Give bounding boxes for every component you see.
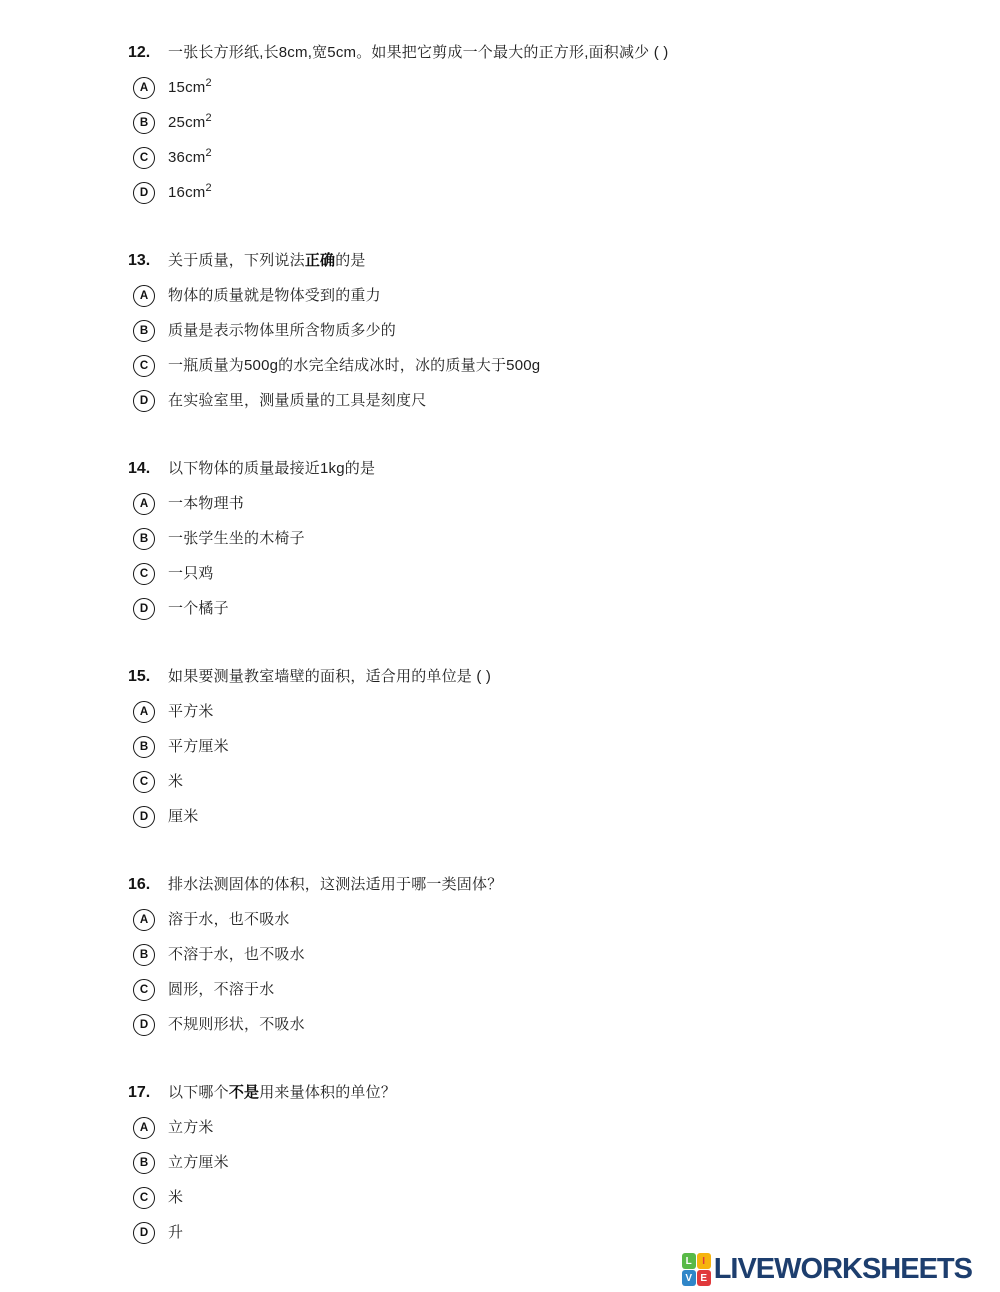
option-C[interactable]: C米 [128, 1186, 960, 1210]
question-prompt: 一张长方形纸,长8cm,宽5cm。如果把它剪成一个最大的正方形,面积减少 ( ) [168, 42, 669, 63]
option-C[interactable]: C一瓶质量为500g的水完全结成冰时，冰的质量大于500g [128, 354, 960, 378]
question-header: 16.排水法测固体的体积，这测法适用于哪一类固体？ [128, 874, 960, 895]
option-letter-circle[interactable]: C [133, 355, 155, 377]
option-letter-circle[interactable]: B [133, 320, 155, 342]
option-A[interactable]: A平方米 [128, 700, 960, 724]
option-text-superscript: 2 [205, 147, 211, 159]
question-prompt-segment: 关于质量，下列说法 [168, 252, 305, 269]
option-letter-circle[interactable]: C [133, 979, 155, 1001]
option-text: 升 [168, 1222, 183, 1244]
option-B[interactable]: B质量是表示物体里所含物质多少的 [128, 319, 960, 343]
option-letter-circle[interactable]: D [133, 806, 155, 828]
option-text: 立方厘米 [168, 1152, 229, 1174]
option-text-segment: 不规则形状，不吸水 [168, 1016, 305, 1033]
option-letter-circle[interactable]: D [133, 390, 155, 412]
option-B[interactable]: B立方厘米 [128, 1151, 960, 1175]
option-letter-circle[interactable]: A [133, 77, 155, 99]
option-letter-circle[interactable]: B [133, 112, 155, 134]
option-text-segment: 质量是表示物体里所含物质多少的 [168, 322, 396, 339]
option-text: 立方米 [168, 1117, 214, 1139]
option-text-segment: 平方厘米 [168, 738, 229, 755]
option-text: 一只鸡 [168, 563, 214, 585]
option-text: 36cm2 [168, 147, 212, 169]
option-text-segment: 平方米 [168, 703, 214, 720]
option-text-segment: 圆形，不溶于水 [168, 981, 274, 998]
option-text: 米 [168, 771, 183, 793]
question-number: 12. [128, 42, 168, 63]
question-number: 16. [128, 874, 168, 895]
option-D[interactable]: D厘米 [128, 805, 960, 829]
option-text-segment: 一本物理书 [168, 495, 244, 512]
question-number: 14. [128, 458, 168, 479]
option-letter-circle[interactable]: B [133, 944, 155, 966]
option-text-segment: 16cm [168, 184, 205, 201]
question-prompt: 排水法测固体的体积，这测法适用于哪一类固体？ [168, 874, 502, 895]
question-prompt: 如果要测量教室墙壁的面积，适合用的单位是 ( ) [168, 666, 491, 687]
option-text-segment: 不溶于水，也不吸水 [168, 946, 305, 963]
question-header: 15.如果要测量教室墙壁的面积，适合用的单位是 ( ) [128, 666, 960, 687]
option-text: 在实验室里，测量质量的工具是刻度尺 [168, 390, 426, 412]
option-text-segment: 立方厘米 [168, 1154, 229, 1171]
question-prompt-segment: 以下物体的质量最接近1kg的是 [168, 460, 375, 477]
question-header: 14.以下物体的质量最接近1kg的是 [128, 458, 960, 479]
question-list: 12.一张长方形纸,长8cm,宽5cm。如果把它剪成一个最大的正方形,面积减少 … [128, 42, 960, 1290]
option-text-superscript: 2 [205, 77, 211, 89]
worksheet-page: 12.一张长方形纸,长8cm,宽5cm。如果把它剪成一个最大的正方形,面积减少 … [0, 0, 1000, 1292]
option-text: 圆形，不溶于水 [168, 979, 274, 1001]
option-text: 不规则形状，不吸水 [168, 1014, 305, 1036]
question-15: 15.如果要测量教室墙壁的面积，适合用的单位是 ( )A平方米B平方厘米C米D厘… [128, 666, 960, 829]
option-text-segment: 在实验室里，测量质量的工具是刻度尺 [168, 392, 426, 409]
option-B[interactable]: B平方厘米 [128, 735, 960, 759]
option-text-segment: 25cm [168, 114, 205, 131]
option-text-superscript: 2 [205, 112, 211, 124]
option-text-segment: 立方米 [168, 1119, 214, 1136]
option-D[interactable]: D16cm2 [128, 181, 960, 205]
liveworksheets-logo-icon: LIVE [682, 1253, 711, 1286]
liveworksheets-brand-text: LIVEWORKSHEETS [714, 1253, 972, 1286]
option-letter-circle[interactable]: C [133, 563, 155, 585]
question-number: 13. [128, 250, 168, 271]
option-text: 物体的质量就是物体受到的重力 [168, 285, 381, 307]
option-A[interactable]: A物体的质量就是物体受到的重力 [128, 284, 960, 308]
option-text-segment: 36cm [168, 149, 205, 166]
question-12: 12.一张长方形纸,长8cm,宽5cm。如果把它剪成一个最大的正方形,面积减少 … [128, 42, 960, 205]
question-number: 17. [128, 1082, 168, 1103]
logo-square-e: E [697, 1270, 711, 1286]
option-C[interactable]: C一只鸡 [128, 562, 960, 586]
option-letter-circle[interactable]: A [133, 493, 155, 515]
question-prompt-segment: 的是 [335, 252, 365, 269]
option-text-segment: 物体的质量就是物体受到的重力 [168, 287, 381, 304]
option-text-segment: 米 [168, 773, 183, 790]
question-header: 13.关于质量，下列说法正确的是 [128, 250, 960, 271]
question-prompt-bold-segment: 正确 [305, 252, 335, 269]
option-letter-circle[interactable]: D [133, 182, 155, 204]
logo-square-l: L [682, 1253, 696, 1269]
option-text-segment: 厘米 [168, 808, 198, 825]
question-header: 12.一张长方形纸,长8cm,宽5cm。如果把它剪成一个最大的正方形,面积减少 … [128, 42, 960, 63]
option-C[interactable]: C米 [128, 770, 960, 794]
option-text: 15cm2 [168, 77, 212, 99]
option-text: 不溶于水，也不吸水 [168, 944, 305, 966]
option-C[interactable]: C36cm2 [128, 146, 960, 170]
question-prompt-segment: 用来量体积的单位？ [259, 1084, 396, 1101]
option-B[interactable]: B25cm2 [128, 111, 960, 135]
question-header: 17.以下哪个不是用来量体积的单位？ [128, 1082, 960, 1103]
option-B[interactable]: B一张学生坐的木椅子 [128, 527, 960, 551]
option-text: 一本物理书 [168, 493, 244, 515]
option-text: 一瓶质量为500g的水完全结成冰时，冰的质量大于500g [168, 355, 540, 377]
option-text-segment: 溶于水，也不吸水 [168, 911, 290, 928]
question-prompt-segment: 以下哪个 [168, 1084, 229, 1101]
question-16: 16.排水法测固体的体积，这测法适用于哪一类固体？A溶于水，也不吸水B不溶于水，… [128, 874, 960, 1037]
option-D[interactable]: D一个橘子 [128, 597, 960, 621]
option-B[interactable]: B不溶于水，也不吸水 [128, 943, 960, 967]
option-A[interactable]: A15cm2 [128, 76, 960, 100]
option-text: 一张学生坐的木椅子 [168, 528, 305, 550]
option-letter-circle[interactable]: A [133, 285, 155, 307]
option-text: 平方厘米 [168, 736, 229, 758]
option-letter-circle[interactable]: B [133, 736, 155, 758]
option-text-segment: 一只鸡 [168, 565, 214, 582]
option-text: 溶于水，也不吸水 [168, 909, 290, 931]
option-text-segment: 一个橘子 [168, 600, 229, 617]
option-letter-circle[interactable]: D [133, 598, 155, 620]
option-A[interactable]: A一本物理书 [128, 492, 960, 516]
option-letter-circle[interactable]: C [133, 147, 155, 169]
option-text-segment: 升 [168, 1224, 183, 1241]
option-A[interactable]: A溶于水，也不吸水 [128, 908, 960, 932]
option-text-segment: 米 [168, 1189, 183, 1206]
option-text-segment: 一瓶质量为500g的水完全结成冰时，冰的质量大于500g [168, 357, 540, 374]
question-prompt-segment: 如果要测量教室墙壁的面积，适合用的单位是 ( ) [168, 668, 491, 685]
option-A[interactable]: A立方米 [128, 1116, 960, 1140]
question-prompt: 以下哪个不是用来量体积的单位？ [168, 1082, 396, 1103]
question-prompt-segment: 一张长方形纸,长8cm,宽5cm。如果把它剪成一个最大的正方形,面积减少 ( ) [168, 44, 669, 61]
option-D[interactable]: D在实验室里，测量质量的工具是刻度尺 [128, 389, 960, 413]
option-letter-circle[interactable]: C [133, 1187, 155, 1209]
option-letter-circle[interactable]: A [133, 701, 155, 723]
option-text: 16cm2 [168, 182, 212, 204]
option-C[interactable]: C圆形，不溶于水 [128, 978, 960, 1002]
option-text-segment: 15cm [168, 79, 205, 96]
option-text: 质量是表示物体里所含物质多少的 [168, 320, 396, 342]
option-letter-circle[interactable]: A [133, 1117, 155, 1139]
option-text: 一个橘子 [168, 598, 229, 620]
question-prompt: 关于质量，下列说法正确的是 [168, 250, 366, 271]
option-text: 米 [168, 1187, 183, 1209]
option-text-superscript: 2 [205, 182, 211, 194]
option-text: 平方米 [168, 701, 214, 723]
question-prompt-bold-segment: 不是 [229, 1084, 259, 1101]
option-text: 25cm2 [168, 112, 212, 134]
question-prompt-segment: 排水法测固体的体积，这测法适用于哪一类固体？ [168, 876, 502, 893]
logo-square-v: V [682, 1270, 696, 1286]
option-D[interactable]: D不规则形状，不吸水 [128, 1013, 960, 1037]
liveworksheets-footer-link[interactable]: LIVE LIVEWORKSHEETS [682, 1253, 972, 1286]
question-13: 13.关于质量，下列说法正确的是A物体的质量就是物体受到的重力B质量是表示物体里… [128, 250, 960, 413]
question-14: 14.以下物体的质量最接近1kg的是A一本物理书B一张学生坐的木椅子C一只鸡D一… [128, 458, 960, 621]
option-D[interactable]: D升 [128, 1221, 960, 1245]
option-letter-circle[interactable]: B [133, 528, 155, 550]
logo-square-i: I [697, 1253, 711, 1269]
question-17: 17.以下哪个不是用来量体积的单位？A立方米B立方厘米C米D升 [128, 1082, 960, 1245]
option-text-segment: 一张学生坐的木椅子 [168, 530, 305, 547]
option-letter-circle[interactable]: D [133, 1014, 155, 1036]
option-letter-circle[interactable]: B [133, 1152, 155, 1174]
question-prompt: 以下物体的质量最接近1kg的是 [168, 458, 375, 479]
option-letter-circle[interactable]: C [133, 771, 155, 793]
option-letter-circle[interactable]: D [133, 1222, 155, 1244]
option-letter-circle[interactable]: A [133, 909, 155, 931]
option-text: 厘米 [168, 806, 198, 828]
question-number: 15. [128, 666, 168, 687]
